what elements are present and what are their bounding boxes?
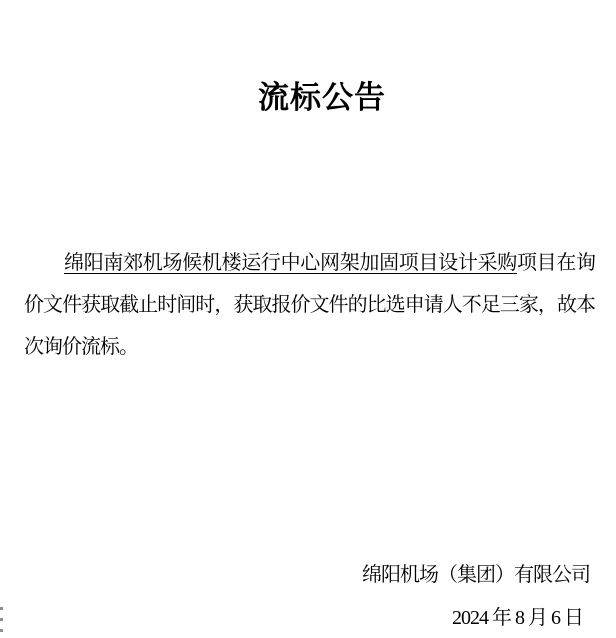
document-page: 流标公告 绵阳南郊机场候机楼运行中心网架加固项目设计采购项目在询价文件获取截止时… bbox=[0, 0, 616, 638]
project-name-underlined: 绵阳南郊机场候机楼运行中心网架加固项目设计采购 bbox=[64, 252, 517, 274]
body-paragraph: 绵阳南郊机场候机楼运行中心网架加固项目设计采购项目在询价文件获取截止时间时，获取… bbox=[24, 242, 595, 368]
scan-artifact-mark bbox=[0, 618, 3, 621]
signature-company: 绵阳机场（集团）有限公司 bbox=[0, 554, 616, 597]
scan-artifact-mark bbox=[0, 629, 3, 632]
signature-block: 绵阳机场（集团）有限公司 2024 年 8 月 6 日 bbox=[0, 554, 616, 638]
signature-date: 2024 年 8 月 6 日 bbox=[0, 597, 616, 638]
document-title: 流标公告 bbox=[0, 76, 616, 120]
scan-artifact-mark bbox=[0, 607, 3, 610]
